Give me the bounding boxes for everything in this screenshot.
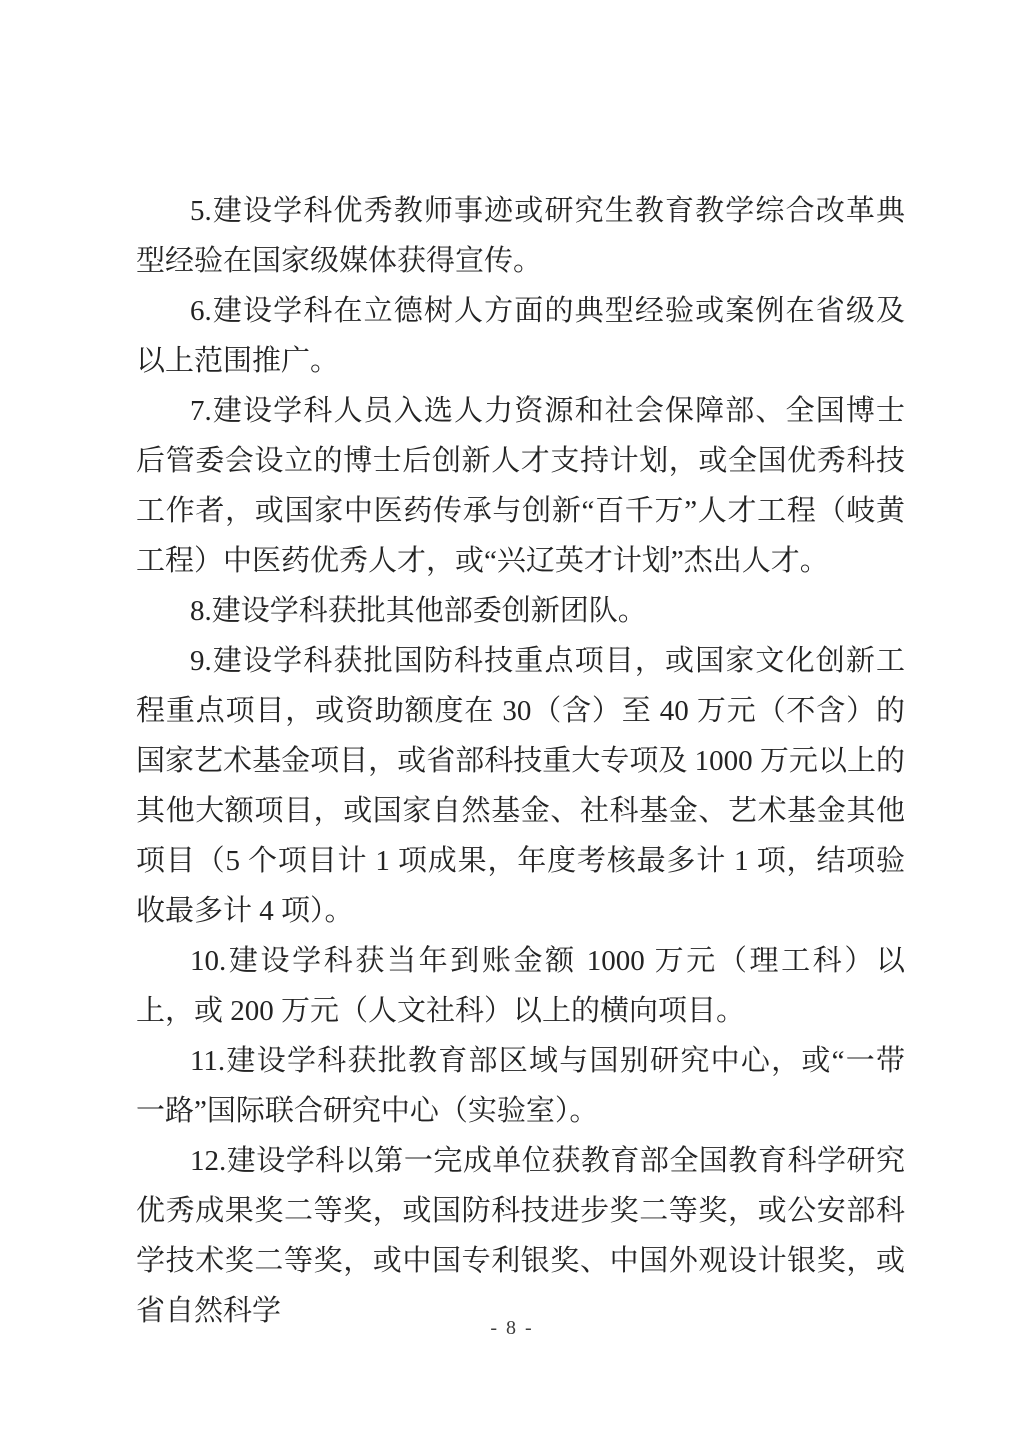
paragraph-item-7: 7.建设学科人员入选人力资源和社会保障部、全国博士后管委会设立的博士后创新人才支… bbox=[136, 386, 905, 586]
document-page: 5.建设学科优秀教师事迹或研究生教育教学综合改革典型经验在国家级媒体获得宣传。 … bbox=[0, 0, 1024, 1448]
page-number: - 8 - bbox=[0, 1314, 1024, 1342]
paragraph-item-8: 8.建设学科获批其他部委创新团队。 bbox=[136, 586, 905, 636]
paragraph-item-6: 6.建设学科在立德树人方面的典型经验或案例在省级及以上范围推广。 bbox=[136, 286, 905, 386]
document-body: 5.建设学科优秀教师事迹或研究生教育教学综合改革典型经验在国家级媒体获得宣传。 … bbox=[136, 186, 905, 1336]
paragraph-item-12: 12.建设学科以第一完成单位获教育部全国教育科学研究优秀成果奖二等奖，或国防科技… bbox=[136, 1136, 905, 1336]
paragraph-item-9: 9.建设学科获批国防科技重点项目，或国家文化创新工程重点项目，或资助额度在 30… bbox=[136, 636, 905, 936]
paragraph-item-10: 10.建设学科获当年到账金额 1000 万元（理工科）以上，或 200 万元（人… bbox=[136, 936, 905, 1036]
paragraph-item-5: 5.建设学科优秀教师事迹或研究生教育教学综合改革典型经验在国家级媒体获得宣传。 bbox=[136, 186, 905, 286]
paragraph-item-11: 11.建设学科获批教育部区域与国别研究中心，或“一带一路”国际联合研究中心（实验… bbox=[136, 1036, 905, 1136]
